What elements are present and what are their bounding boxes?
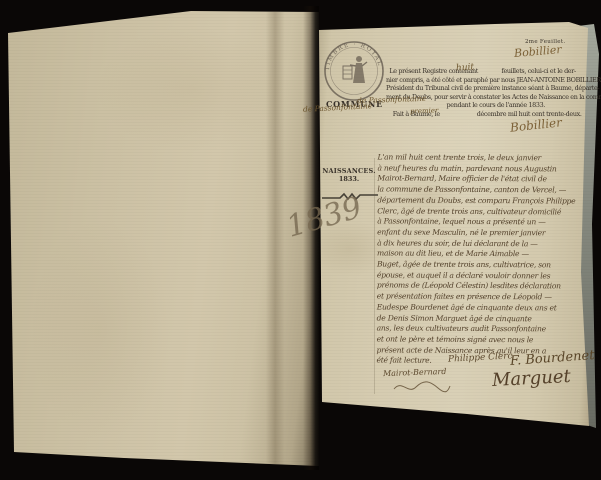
printed-header-line: Président du Tribunal civil de première …: [386, 84, 594, 93]
act-line: enfant du sexe Masculin, né le premier j…: [377, 227, 582, 239]
margin-heading: NAISSANCES. 1833.: [322, 167, 376, 183]
birth-act-text: L'an mil huit cent trente trois, le deux…: [376, 152, 582, 367]
stamp-figure-icon: [343, 56, 367, 83]
timbre-royal-stamp-icon: TIMBRE · ROYAL: [321, 38, 387, 104]
act-line: Buget, âgée de trente trois ans, cultiva…: [377, 259, 582, 271]
act-line: département du Doubs, est comparu Franço…: [377, 195, 582, 207]
register-scan: TIMBRE · ROYAL 2me Feuillet. Bobillier L…: [0, 0, 601, 480]
left-page: [6, 6, 319, 469]
printed-header-line: Le présent Registre contenant feuillets,…: [386, 67, 594, 76]
printed-header-line: nier compris, a été côté et paraphé par …: [386, 76, 594, 85]
handwritten-date: premier: [410, 107, 439, 116]
svg-text:TIMBRE · ROYAL: TIMBRE · ROYAL: [324, 41, 384, 71]
margin-vertical-rule: [374, 158, 375, 394]
stamp-rim-text: TIMBRE · ROYAL: [324, 41, 384, 71]
left-page-crease: [6, 6, 319, 469]
act-line: Eudespe Bourdenet âgé de cinquante deux …: [377, 302, 582, 314]
signature-witness-marguet: Marguet: [492, 366, 572, 391]
act-line: L'an mil huit cent trente trois, le deux…: [378, 152, 583, 164]
margin-title: NAISSANCES.: [322, 167, 376, 175]
handwritten-sheet-count: huit: [456, 62, 475, 73]
mayor-paraph-flourish: [390, 379, 452, 395]
act-line: et ont le père et témoins signé avec nou…: [377, 334, 582, 346]
act-line: la commune de Passonfontaine, canton de …: [377, 185, 582, 197]
margin-year: 1833.: [322, 175, 376, 183]
